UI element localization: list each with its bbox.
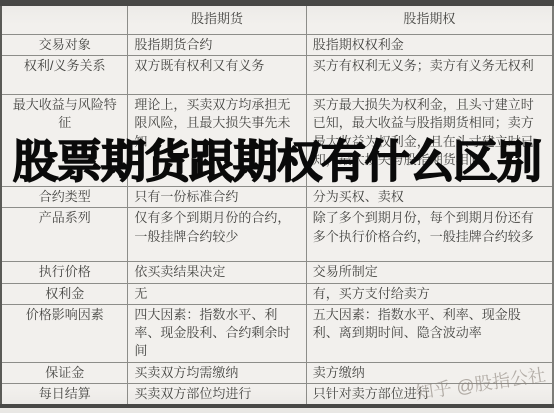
- futures-cell: 无: [128, 283, 306, 304]
- futures-cell: 只有一份标准合约: [128, 187, 306, 208]
- options-cell: 交易所制定: [306, 262, 553, 283]
- row-label: 合约类型: [1, 187, 128, 208]
- col-header-futures: 股指期货: [128, 3, 306, 35]
- row-label: 交易对象: [1, 35, 128, 56]
- row-label: 每日结算: [1, 383, 128, 406]
- futures-cell: 四大因素：指数水平、利率、现金股利、合约剩余时间: [128, 304, 306, 362]
- row-label: 产品系列: [1, 208, 128, 262]
- futures-cell: 依买卖结果决定: [128, 262, 306, 283]
- futures-cell: 买卖双方部位均进行: [128, 383, 306, 406]
- row-label: 执行价格: [1, 262, 128, 283]
- futures-cell: 理论上，买卖双方均承担无限风险，且最大损失事先未知: [128, 95, 306, 187]
- options-cell: 分为买权、卖权: [306, 187, 553, 208]
- table-row: 合约类型 只有一份标准合约 分为买权、卖权: [1, 187, 553, 208]
- options-cell: 只针对卖方部位进行: [306, 383, 553, 406]
- row-label: 保证金: [1, 362, 128, 383]
- futures-options-comparison-table: 股指期货 股指期权 交易对象 股指期货合约 股指期权权利金 权利/义务关系 双方…: [0, 0, 554, 408]
- options-cell: 卖方缴纳: [306, 362, 553, 383]
- futures-cell: 双方既有权利又有义务: [128, 56, 306, 95]
- table-row: 最大收益与风险特征 理论上，买卖双方均承担无限风险，且最大损失事先未知 买方最大…: [1, 95, 553, 187]
- futures-cell: 买卖双方均需缴纳: [128, 362, 306, 383]
- row-label: 价格影响因素: [1, 304, 128, 362]
- row-label: 最大收益与风险特征: [1, 95, 128, 187]
- futures-cell: 仅有多个到期月份的合约，一般挂牌合约较少: [128, 208, 306, 262]
- table-row: 交易对象 股指期货合约 股指期权权利金: [1, 35, 553, 56]
- options-cell: 买方最大损失为权利金，且头寸建立时已知，最大收益与股指期货相同；卖方最大收益为权…: [306, 95, 553, 187]
- options-cell: 有，买方支付给卖方: [306, 283, 553, 304]
- row-label: 权利/义务关系: [1, 56, 128, 95]
- options-cell: 股指期权权利金: [306, 35, 553, 56]
- options-cell: 五大因素：指数水平、利率、现金股利、离到期时间、隐含波动率: [306, 304, 553, 362]
- table-row: 产品系列 仅有多个到期月份的合约，一般挂牌合约较少 除了多个到期月份，每个到期月…: [1, 208, 553, 262]
- options-cell: 买方有权利无义务；卖方有义务无权利: [306, 56, 553, 95]
- options-cell: 除了多个到期月份，每个到期月份还有多个执行价格合约，一般挂牌合约较多: [306, 208, 553, 262]
- header-row: 股指期货 股指期权: [1, 3, 553, 35]
- table-row: 保证金 买卖双方均需缴纳 卖方缴纳: [1, 362, 553, 383]
- table-row: 每日结算 买卖双方部位均进行 只针对卖方部位进行: [1, 383, 553, 406]
- row-label: 权利金: [1, 283, 128, 304]
- futures-cell: 股指期货合约: [128, 35, 306, 56]
- table-row: 权利/义务关系 双方既有权利又有义务 买方有权利无义务；卖方有义务无权利: [1, 56, 553, 95]
- scanned-table-image: 股指期货 股指期权 交易对象 股指期货合约 股指期权权利金 权利/义务关系 双方…: [0, 0, 554, 413]
- table-row: 价格影响因素 四大因素：指数水平、利率、现金股利、合约剩余时间 五大因素：指数水…: [1, 304, 553, 362]
- corner-cell: [1, 3, 128, 35]
- table-row: 执行价格 依买卖结果决定 交易所制定: [1, 262, 553, 283]
- table-row: 权利金 无 有，买方支付给卖方: [1, 283, 553, 304]
- col-header-options: 股指期权: [306, 3, 553, 35]
